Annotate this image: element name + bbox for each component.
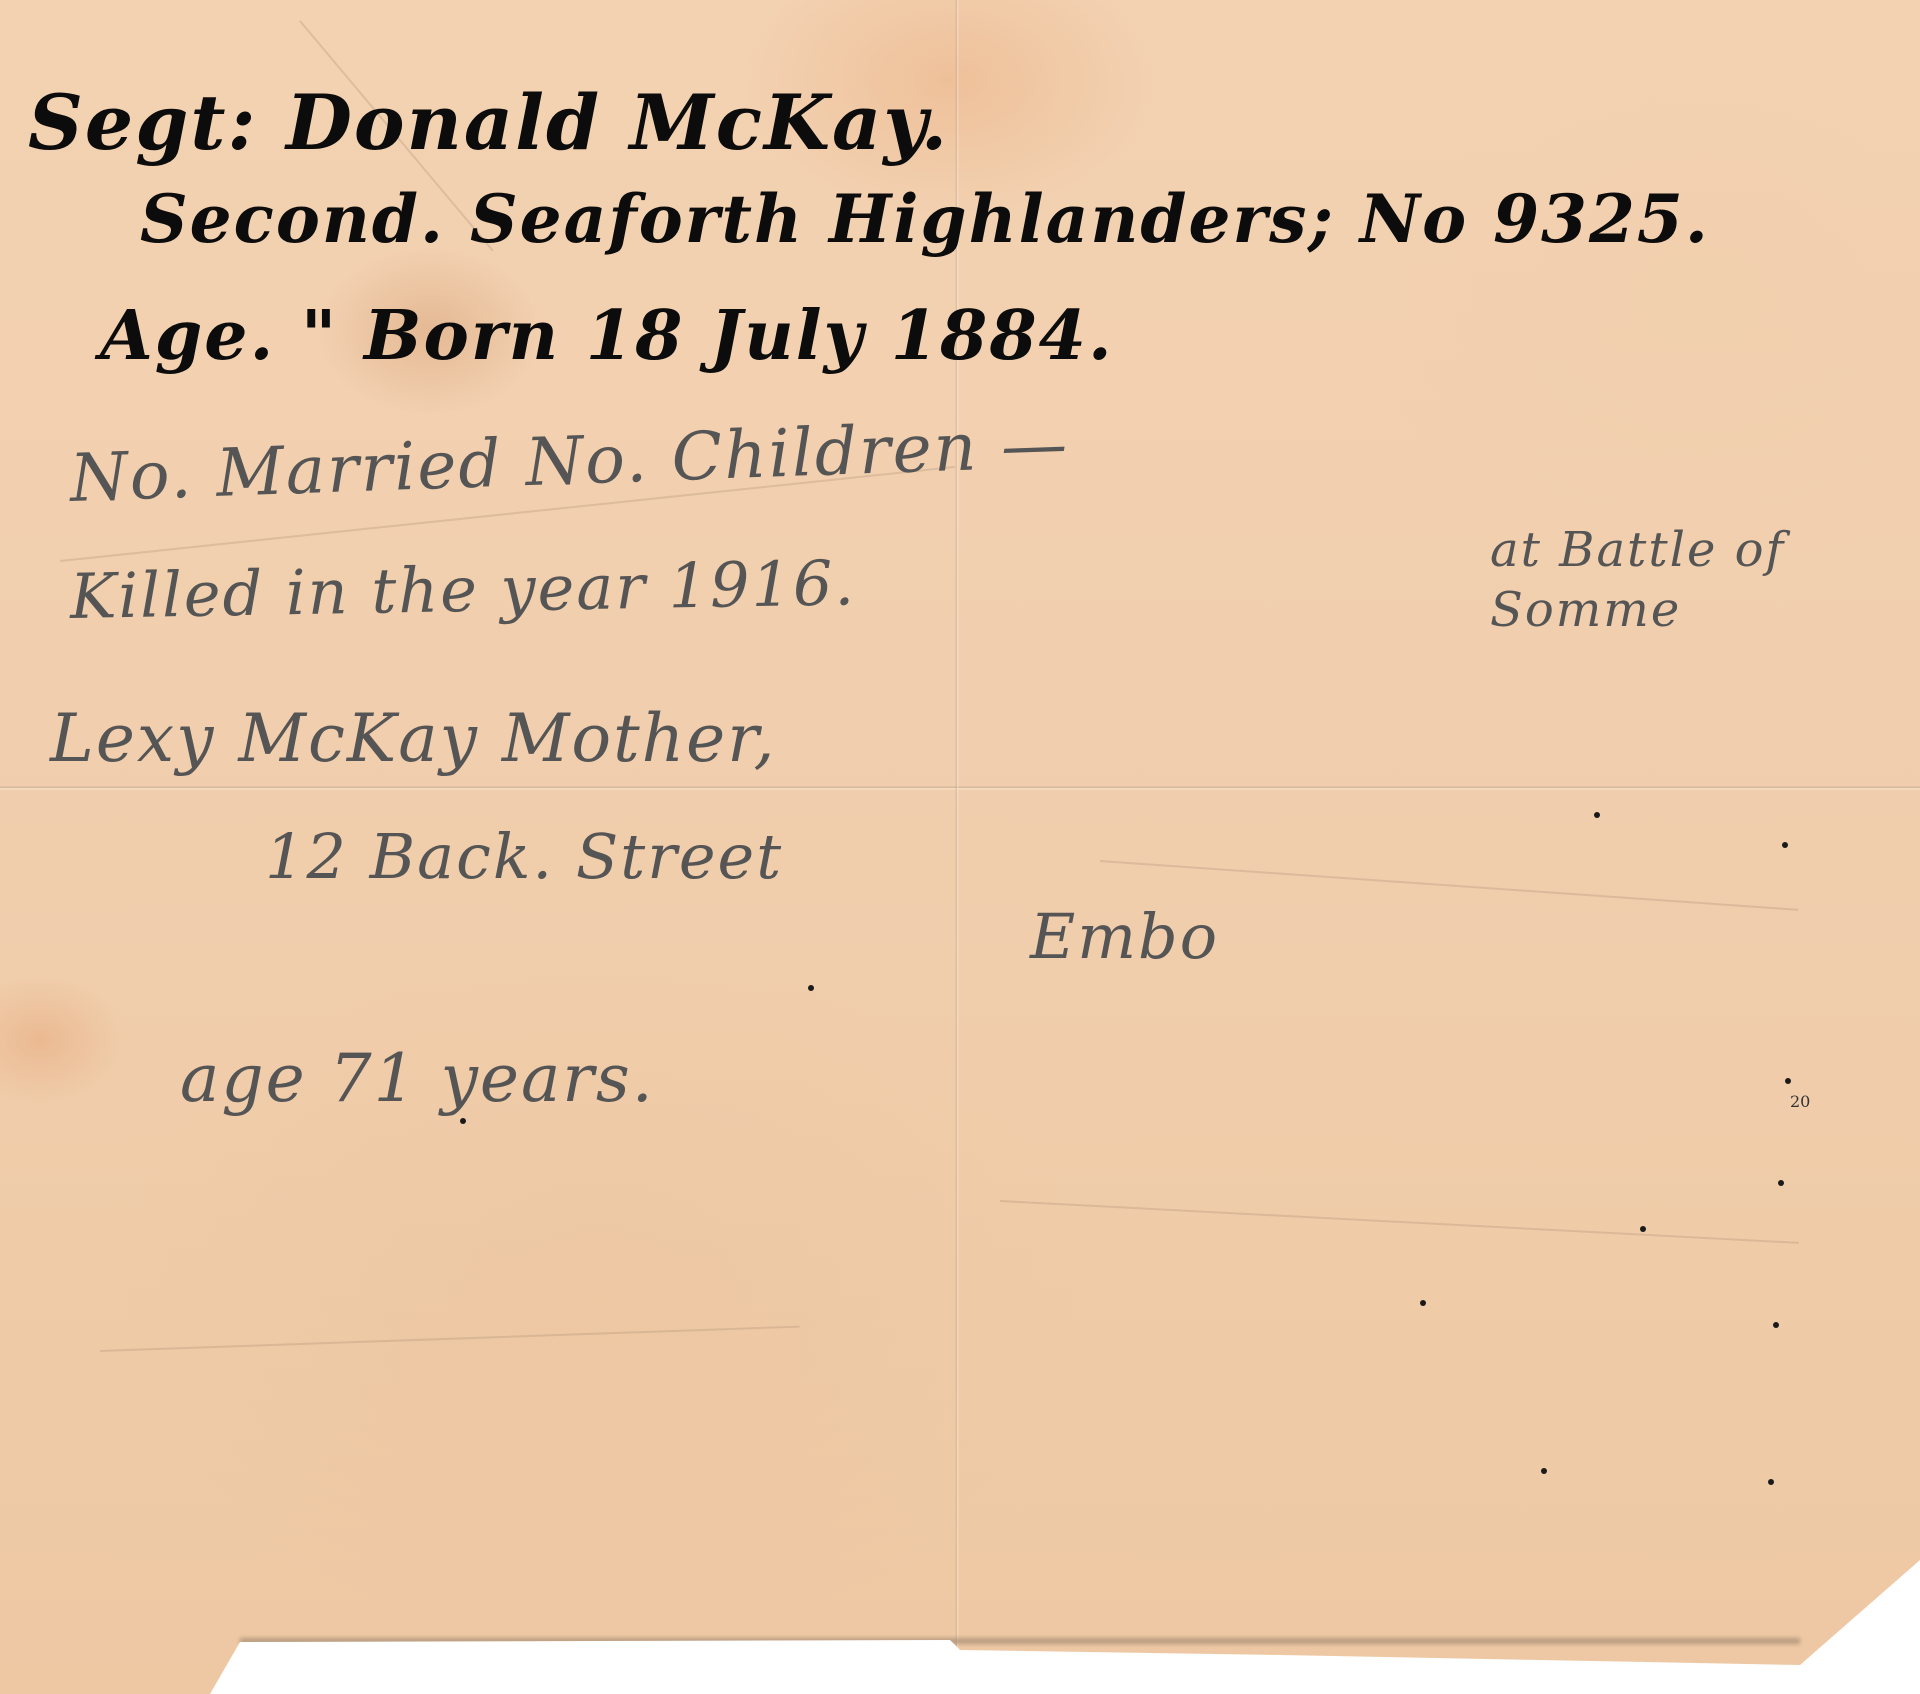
battle-line: at Battle of Somme — [1490, 520, 1920, 640]
ink-dot — [1782, 842, 1788, 848]
page-number: 20 — [1790, 1092, 1810, 1111]
address-street-line: 12 Back. Street — [265, 820, 783, 893]
ink-dot — [1640, 1226, 1646, 1232]
ink-dot — [1778, 1180, 1784, 1186]
mother-age-line: age 71 years. — [180, 1040, 655, 1117]
address-town-line: Embo — [1030, 900, 1219, 973]
document-page: Segt: Donald McKay. Second. Seaforth Hig… — [0, 0, 1920, 1694]
ink-dot — [460, 1118, 466, 1124]
horizontal-fold-crease — [0, 786, 1920, 790]
ink-dot — [1420, 1300, 1426, 1306]
paper-crease — [100, 1326, 800, 1352]
ink-dot — [1785, 1078, 1791, 1084]
soldier-name-line: Segt: Donald McKay. — [28, 78, 949, 167]
killed-line: Killed in the year 1916. — [69, 546, 856, 633]
torn-bottom-edge — [240, 1638, 1800, 1644]
ink-dot — [808, 985, 814, 991]
birth-line: Age. " Born 18 July 1884. — [100, 296, 1114, 376]
ink-dot — [1594, 812, 1600, 818]
ink-dot — [1541, 1468, 1547, 1474]
ink-dot — [1773, 1322, 1779, 1328]
paper-crease — [1000, 1200, 1799, 1244]
ink-dot — [1768, 1479, 1774, 1485]
marital-status-line: No. Married No. Children — — [69, 405, 1071, 517]
mother-name-line: Lexy McKay Mother, — [50, 700, 777, 777]
aged-paper-sheet: Segt: Donald McKay. Second. Seaforth Hig… — [0, 0, 1920, 1694]
regiment-line: Second. Seaforth Highlanders; No 9325. — [140, 180, 1710, 258]
